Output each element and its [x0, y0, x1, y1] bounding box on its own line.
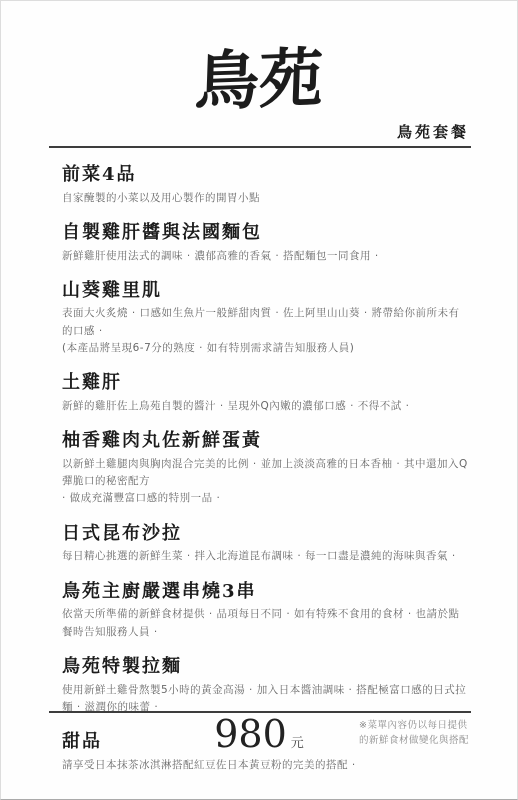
- menu-item-kombu-salad: 日式昆布沙拉 每日精心挑選的新鮮生菜 · 拌入北海道昆布調味 · 每一口盡是濃純…: [62, 523, 470, 566]
- price-amount: 980: [214, 712, 287, 756]
- menu-item-title: 鳥苑主廚嚴選串燒3串: [62, 581, 470, 603]
- menu-item-description: 以新鮮土雞腿肉與胸肉混合完美的比例 · 並加上淡淡高雅的日本香柚 · 其中還加入…: [62, 456, 470, 491]
- footnote-line: ※菜單內容仍以每日提供: [359, 718, 469, 733]
- menu-item-description: · 做成充滿豐富口感的特別一品 ·: [62, 490, 470, 507]
- menu-item-description: 每日精心挑選的新鮮生菜 · 拌入北海道昆布調味 · 每一口盡是濃純的海味與香氣 …: [62, 548, 470, 565]
- menu-item-title: 日式昆布沙拉: [62, 523, 470, 545]
- menu-item-title: 柚香雞肉丸佐新鮮蛋黃: [62, 430, 470, 452]
- menu-list: 前菜4品 自家醃製的小菜以及用心製作的開胃小點 自製雞肝醬與法國麵包 新鮮雞肝使…: [62, 164, 470, 789]
- header-divider: [49, 146, 471, 148]
- menu-item-wasabi-chicken: 山葵雞里肌 表面大火炙燒 · 口感如生魚片一般鮮甜肉質 · 佐上阿里山山葵 · …: [62, 280, 470, 358]
- menu-page: 鳥苑 鳥苑套餐 前菜4品 自家醃製的小菜以及用心製作的開胃小點 自製雞肝醬與法國…: [0, 0, 518, 800]
- menu-item-title: 土雞肝: [62, 372, 470, 394]
- menu-item-title: 鳥苑特製拉麵: [62, 656, 470, 678]
- restaurant-logo: 鳥苑: [0, 30, 518, 131]
- price-unit: 元: [291, 736, 304, 751]
- menu-item-description: 自家醃製的小菜以及用心製作的開胃小點: [62, 190, 470, 207]
- menu-item-title: 前菜4品: [62, 164, 470, 186]
- menu-item-description: 新鮮雞肝使用法式的調味 · 濃郁高雅的香氣 · 搭配麵包一同食用 ·: [62, 248, 470, 265]
- footnote-line: 的新鮮食材做變化與搭配: [359, 733, 469, 748]
- menu-item-description: 新鮮的雞肝佐上鳥苑自製的醬汁 · 呈現外Q內嫩的濃郁口感 · 不得不試 ·: [62, 398, 470, 415]
- menu-item-ramen: 鳥苑特製拉麵 使用新鮮土雞骨熬製5小時的黃金高湯 · 加入日本醬油調味 · 搭配…: [62, 656, 470, 716]
- menu-footnote: ※菜單內容仍以每日提供 的新鮮食材做變化與搭配: [359, 718, 469, 748]
- menu-item-title: 山葵雞里肌: [62, 280, 470, 302]
- menu-item-yuzu-meatball: 柚香雞肉丸佐新鮮蛋黃 以新鮮土雞腿肉與胸肉混合完美的比例 · 並加上淡淡高雅的日…: [62, 430, 470, 508]
- menu-item-appetizers: 前菜4品 自家醃製的小菜以及用心製作的開胃小點: [62, 164, 470, 207]
- menu-item-liver-pate: 自製雞肝醬與法國麵包 新鮮雞肝使用法式的調味 · 濃郁高雅的香氣 · 搭配麵包一…: [62, 222, 470, 265]
- menu-item-description: 請享受日本抹茶冰淇淋搭配紅豆佐日本黃豆粉的完美的搭配 ·: [62, 757, 470, 774]
- menu-item-title: 自製雞肝醬與法國麵包: [62, 222, 470, 244]
- menu-item-description: 依當天所準備的新鮮食材提供 · 品項每日不同 · 如有特殊不食用的食材 · 也請…: [62, 606, 470, 641]
- menu-item-chicken-liver: 土雞肝 新鮮的雞肝佐上鳥苑自製的醬汁 · 呈現外Q內嫩的濃郁口感 · 不得不試 …: [62, 372, 470, 415]
- menu-item-skewers: 鳥苑主廚嚴選串燒3串 依當天所準備的新鮮食材提供 · 品項每日不同 · 如有特殊…: [62, 581, 470, 641]
- set-menu-title: 鳥苑套餐: [397, 121, 469, 142]
- menu-item-description: 表面大火炙燒 · 口感如生魚片一般鮮甜肉質 · 佐上阿里山山葵 · 將帶給你前所…: [62, 305, 470, 340]
- menu-item-description-note: (本產品將呈現6-7分的熟度 · 如有特別需求請告知服務人員): [62, 340, 470, 357]
